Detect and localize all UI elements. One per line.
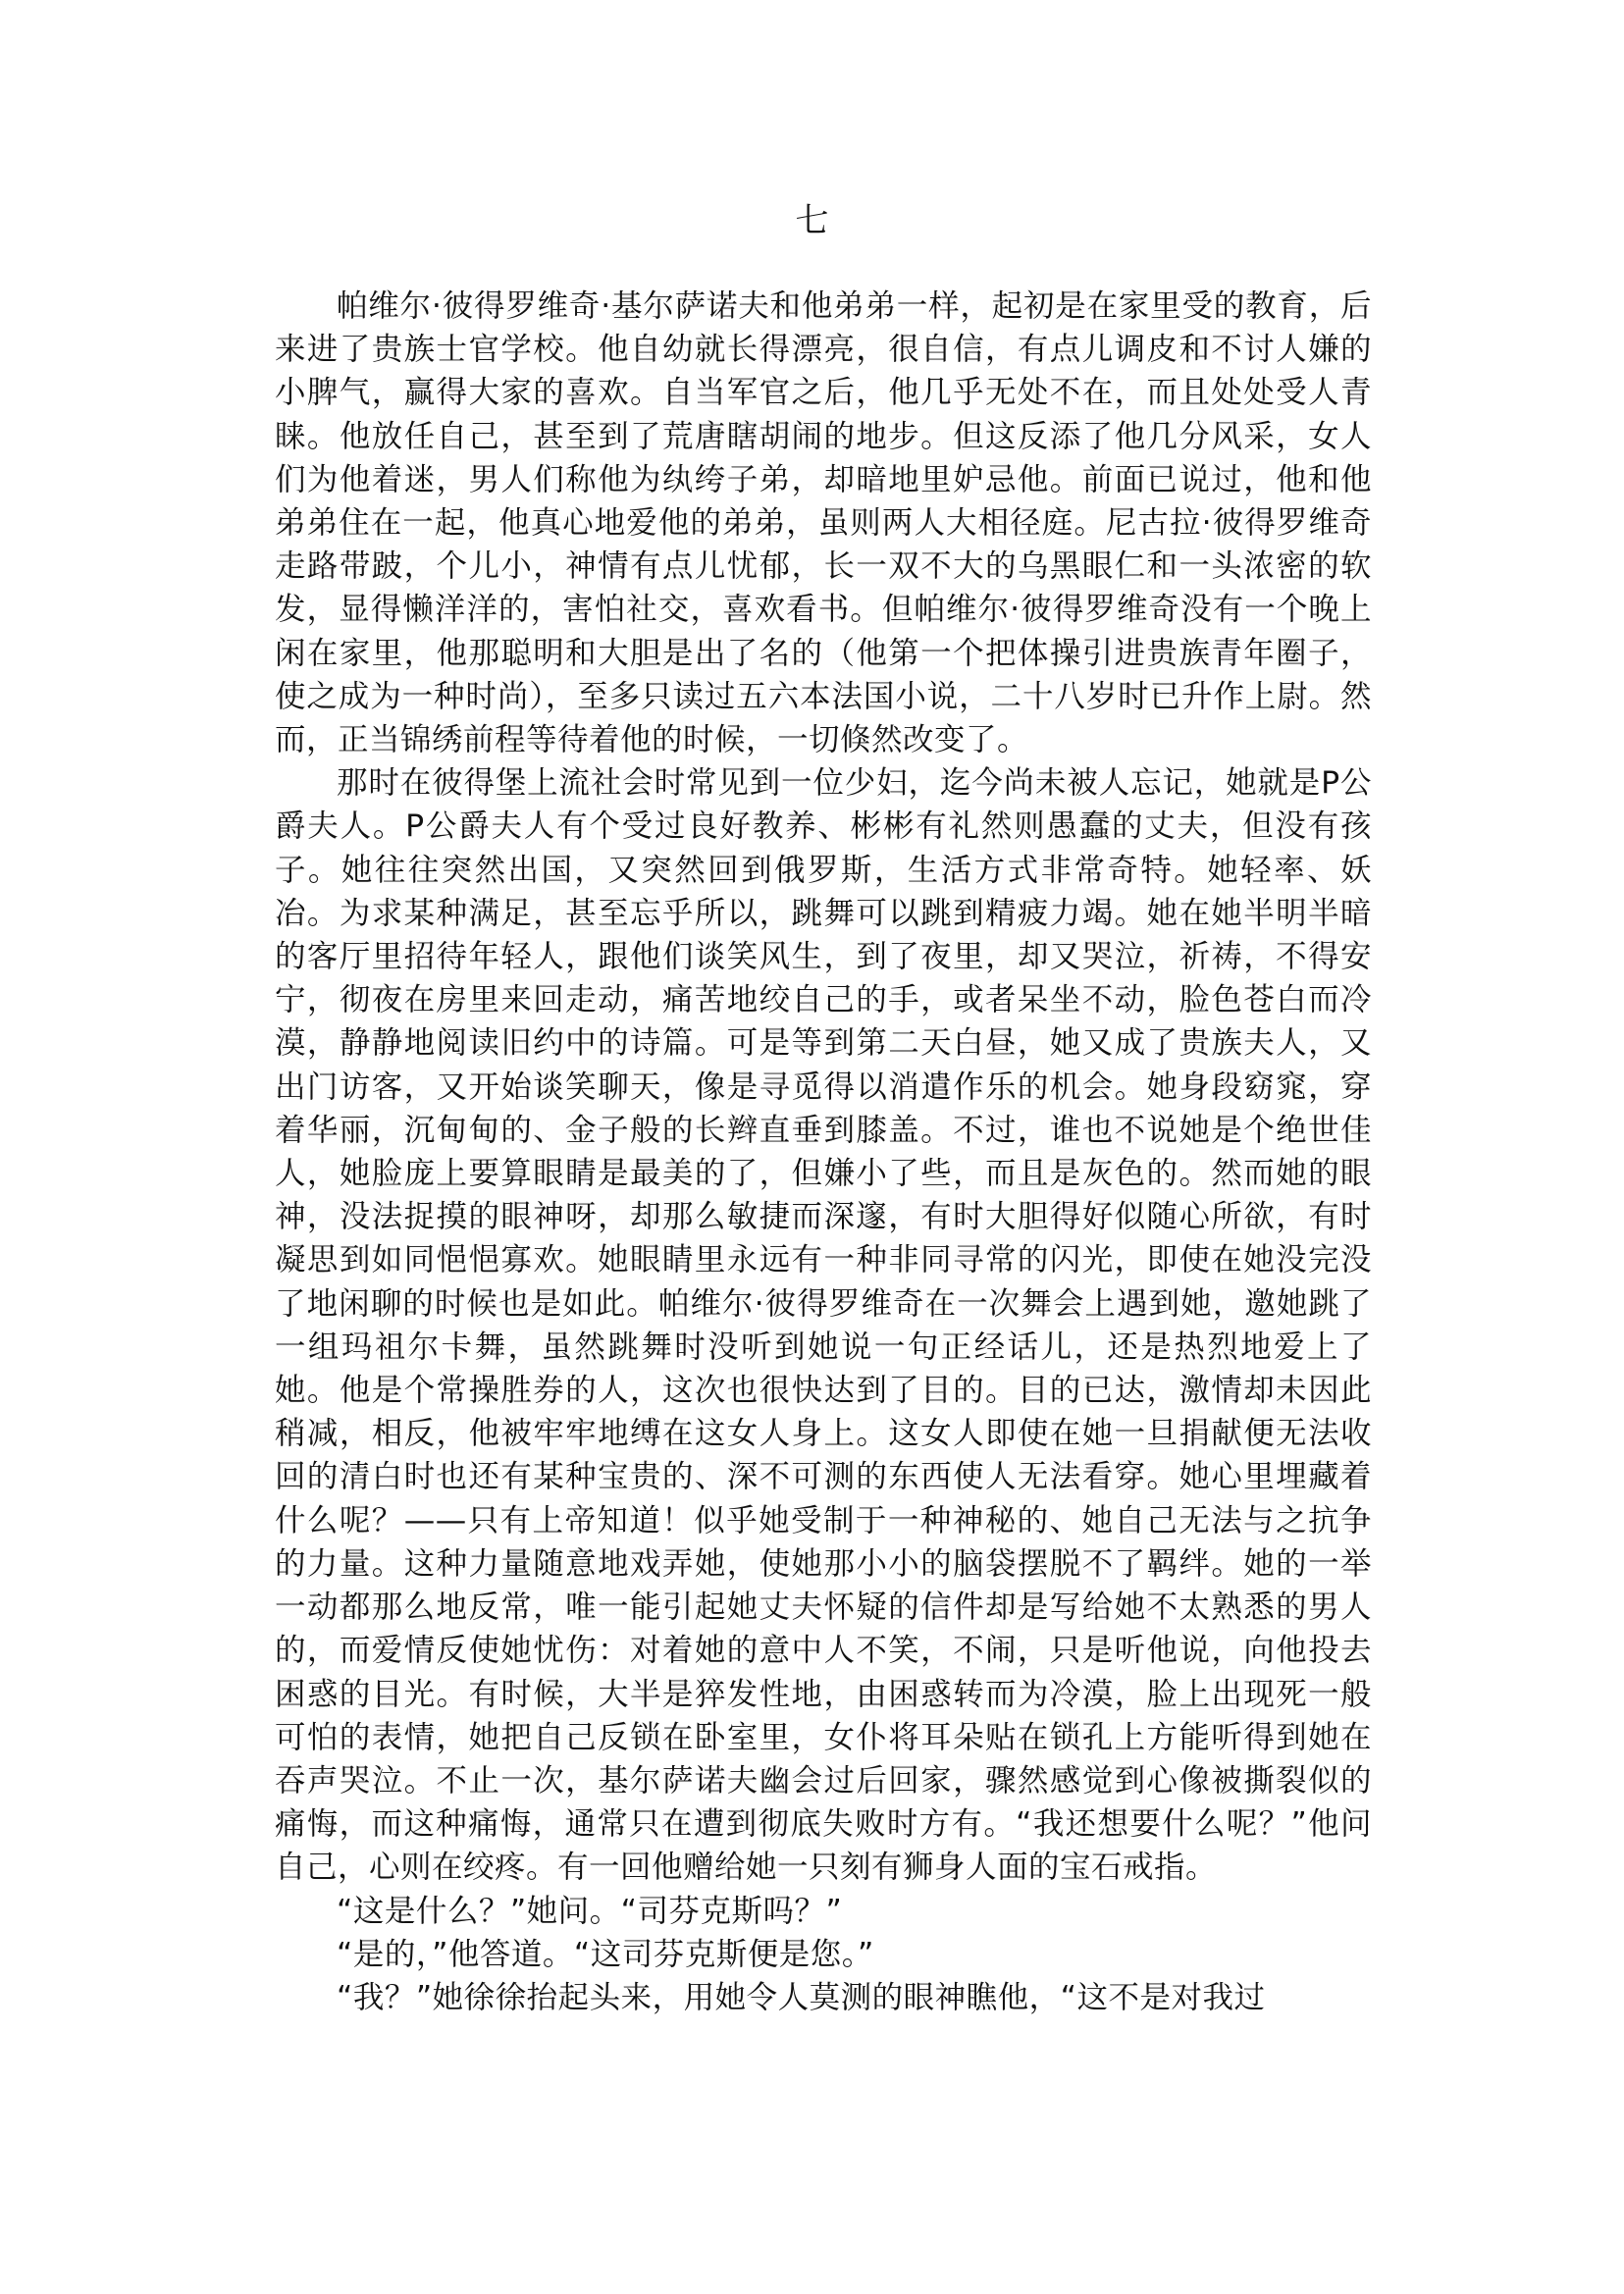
- dialogue-paragraph: “我？”她徐徐抬起头来，用她令人莫测的眼神瞧他，“这不是对我过: [275, 1976, 1372, 2019]
- body-text: 帕维尔·彼得罗维奇·基尔萨诺夫和他弟弟一样，起初是在家里受的教育，后来进了贵族士…: [275, 285, 1372, 2019]
- chapter-title: 七: [0, 196, 1624, 245]
- document-page: 七 帕维尔·彼得罗维奇·基尔萨诺夫和他弟弟一样，起初是在家里受的教育，后来进了贵…: [0, 0, 1624, 2294]
- dialogue-paragraph: “是的，”他答道。“这司芬克斯便是您。”: [275, 1933, 1372, 1976]
- paragraph: 那时在彼得堡上流社会时常见到一位少妇，迄今尚未被人忘记，她就是P公爵夫人。P公爵…: [275, 761, 1372, 1889]
- paragraph: 帕维尔·彼得罗维奇·基尔萨诺夫和他弟弟一样，起初是在家里受的教育，后来进了贵族士…: [275, 285, 1372, 761]
- dialogue-paragraph: “这是什么？”她问。“司芬克斯吗？”: [275, 1890, 1372, 1933]
